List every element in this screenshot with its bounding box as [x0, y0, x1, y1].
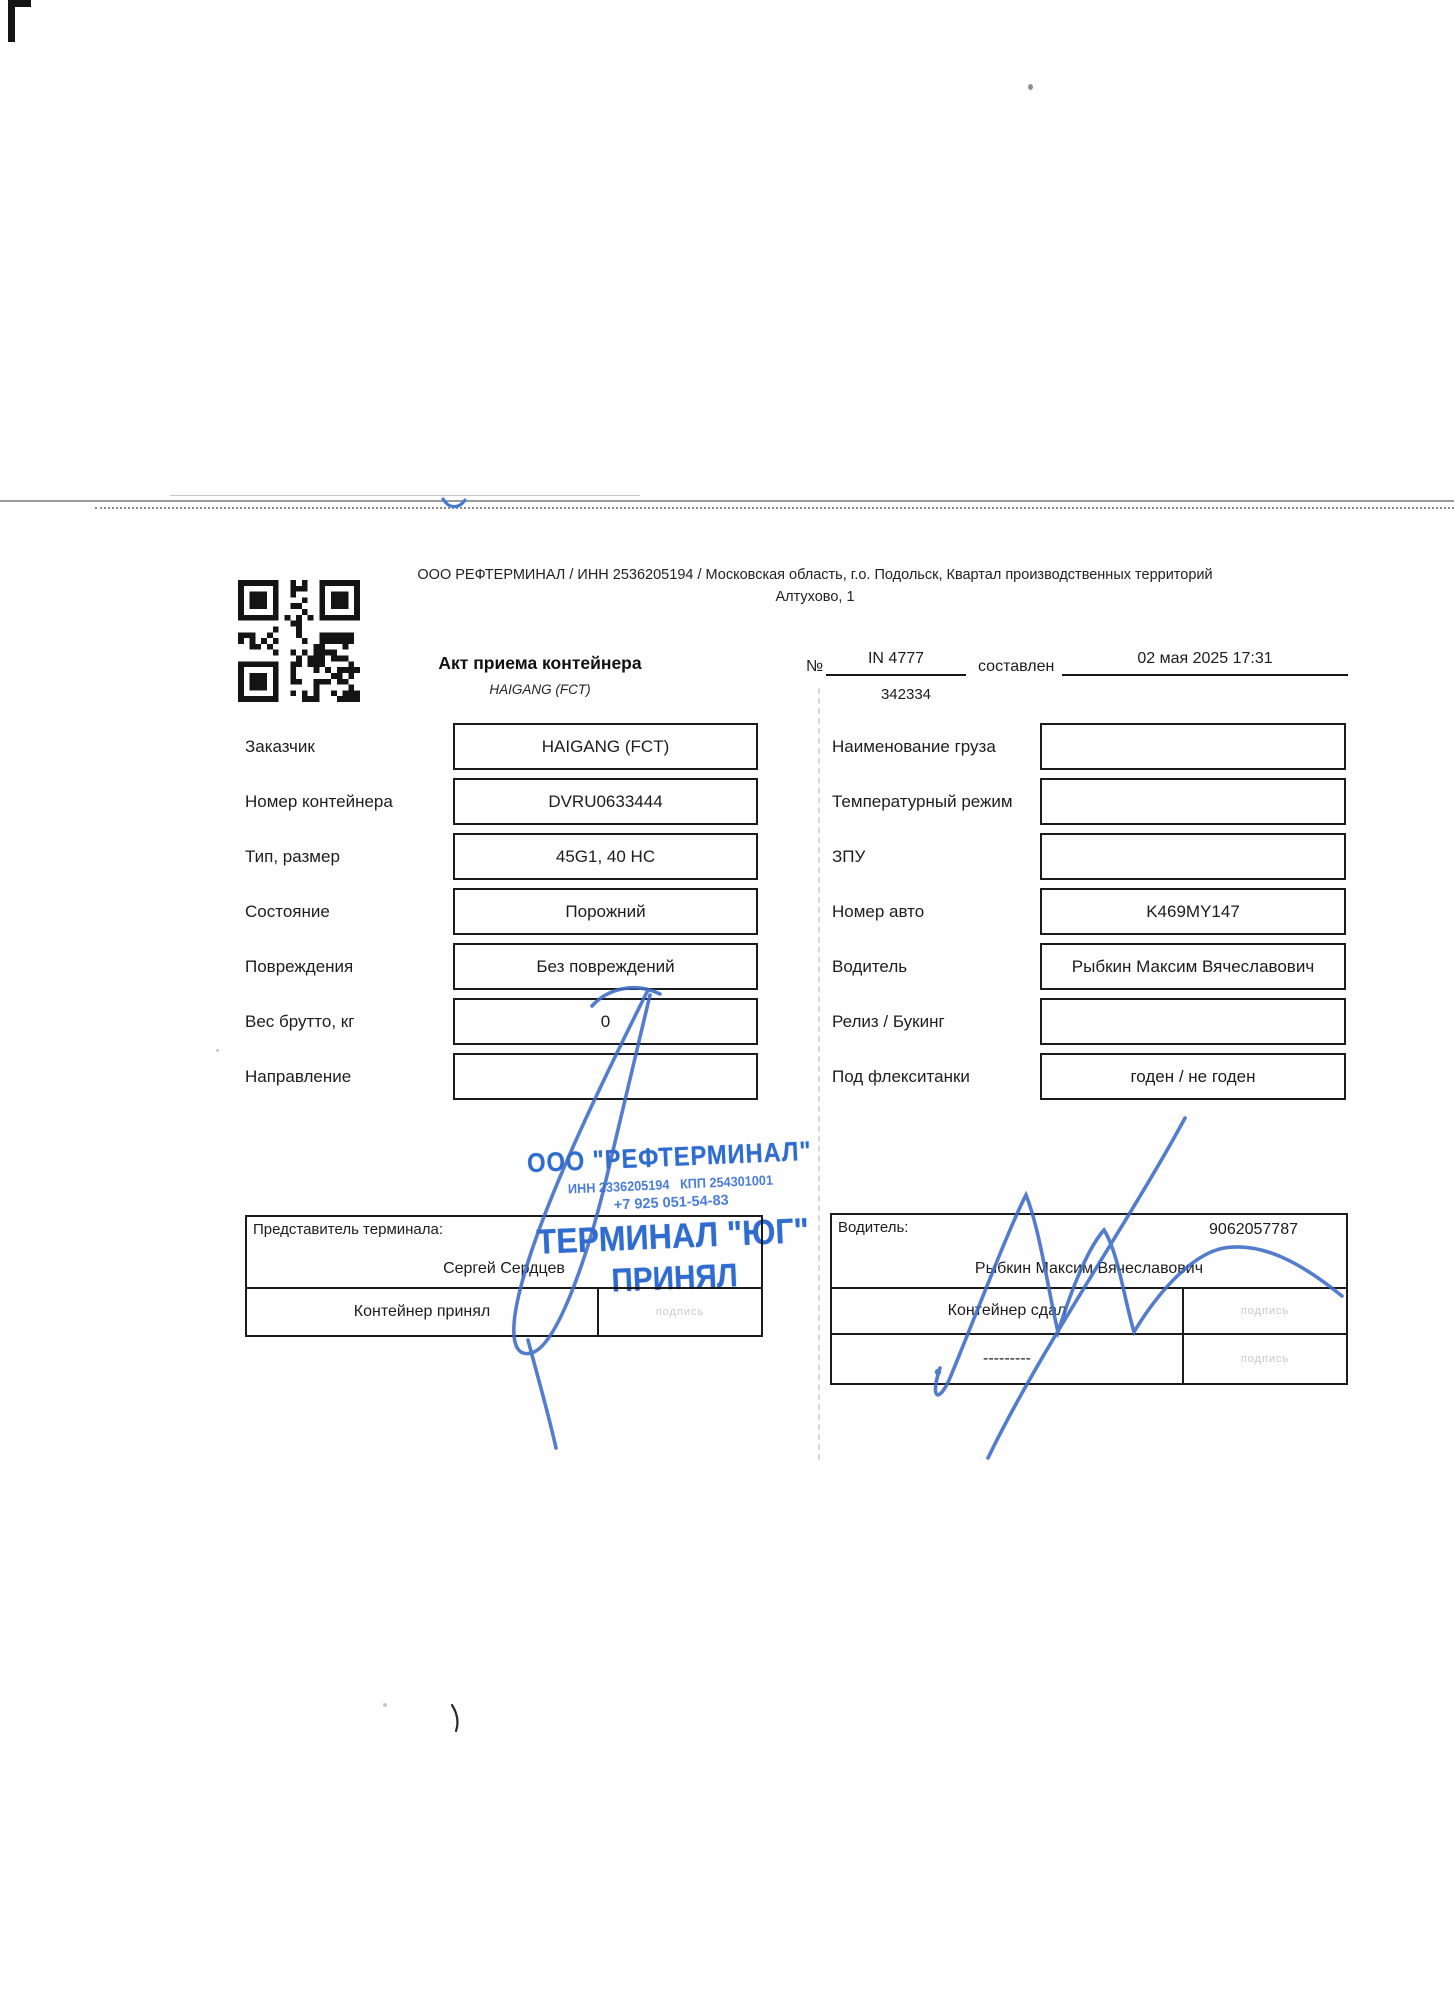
field-direction: Направление — [245, 1053, 758, 1100]
field-label: Температурный режим — [832, 792, 1040, 812]
field-value: Порожний — [565, 902, 645, 922]
scan-edge-line — [0, 500, 1454, 502]
scan-edge-dotted-line — [95, 507, 1454, 509]
field-value: Без повреждений — [536, 957, 674, 977]
terminal-signature-stroke — [528, 1340, 556, 1448]
driver-label: Водитель: — [838, 1219, 908, 1236]
container-handed-label: Контейнер сдал — [832, 1289, 1184, 1333]
field-value-box: Без повреждений — [453, 943, 758, 990]
signature-watermark: подпись — [1241, 1353, 1290, 1365]
driver-table-action-row: Контейнер сдал подпись — [832, 1287, 1346, 1333]
field-value-box — [1040, 833, 1346, 880]
signature-watermark: подпись — [1241, 1305, 1290, 1317]
stamp-phone: +7 925 051-54-83 — [497, 1187, 845, 1218]
field-label: Тип, размер — [245, 847, 453, 867]
organization-header-line2: Алтухово, 1 — [315, 586, 1315, 608]
stamp-org-name: ООО "РЕФТЕРМИНАЛ" — [516, 1135, 823, 1179]
placeholder-dashes: --------- — [832, 1335, 1184, 1383]
scan-speck — [383, 1703, 387, 1707]
field-label: Повреждения — [245, 957, 453, 977]
driver-signature-cell-2: подпись — [1184, 1335, 1346, 1383]
document-number-label: № — [806, 658, 823, 676]
driver-name: Рыбкин Максим Вячеславович — [832, 1260, 1346, 1278]
field-release-booking: Релиз / Букинг — [832, 998, 1346, 1045]
field-value: HAIGANG (FCT) — [542, 737, 670, 757]
field-flexitank: Под флекситанки годен / не годен — [832, 1053, 1346, 1100]
field-value-box: годен / не годен — [1040, 1053, 1346, 1100]
field-cargo-name: Наименование груза — [832, 723, 1346, 770]
pen-tick-mark — [452, 1705, 457, 1731]
field-value-box — [453, 1053, 758, 1100]
driver-phone: 9062057787 — [1209, 1221, 1298, 1239]
field-driver: Водитель Рыбкин Максим Вячеславович — [832, 943, 1346, 990]
driver-signature-table: Водитель: 9062057787 Рыбкин Максим Вячес… — [830, 1213, 1348, 1385]
scan-speck — [1028, 84, 1033, 90]
field-damages: Повреждения Без повреждений — [245, 943, 758, 990]
field-value-box — [1040, 723, 1346, 770]
scanned-document-page: ООО РЕФТЕРМИНАЛ / ИНН 2536205194 / Моско… — [0, 0, 1454, 2000]
scan-edge-line — [170, 495, 640, 496]
field-label: Заказчик — [245, 737, 453, 757]
terminal-representative-name: Сергей Сердцев — [247, 1260, 761, 1278]
field-value: 0 — [601, 1012, 610, 1032]
terminal-representative-label: Представитель терминала: — [253, 1221, 443, 1238]
field-label: Номер контейнера — [245, 792, 453, 812]
form-column-right: Наименование груза Температурный режим З… — [832, 723, 1346, 1108]
field-label: Вес брутто, кг — [245, 1012, 453, 1032]
field-label: Водитель — [832, 957, 1040, 977]
field-truck-number: Номер авто K469MY147 — [832, 888, 1346, 935]
driver-signature-cell: подпись — [1184, 1289, 1346, 1333]
field-value-box — [1040, 778, 1346, 825]
field-value-box: K469MY147 — [1040, 888, 1346, 935]
field-label: Направление — [245, 1067, 453, 1087]
field-seal: ЗПУ — [832, 833, 1346, 880]
field-value-box: 45G1, 40 HC — [453, 833, 758, 880]
field-value-box — [1040, 998, 1346, 1045]
field-value: 45G1, 40 HC — [556, 847, 655, 867]
composed-label: составлен — [978, 658, 1054, 676]
driver-table-header-row: Водитель: 9062057787 Рыбкин Максим Вячес… — [832, 1215, 1346, 1287]
driver-table-placeholder-row: --------- подпись — [832, 1333, 1346, 1383]
field-container-number: Номер контейнера DVRU0633444 — [245, 778, 758, 825]
field-label: Релиз / Букинг — [832, 1012, 1040, 1032]
field-label: ЗПУ — [832, 847, 1040, 867]
field-type-size: Тип, размер 45G1, 40 HC — [245, 833, 758, 880]
field-label: Номер авто — [832, 902, 1040, 922]
field-value-box: HAIGANG (FCT) — [453, 723, 758, 770]
field-value-box: Рыбкин Максим Вячеславович — [1040, 943, 1346, 990]
composed-date: 02 мая 2025 17:31 — [1062, 650, 1348, 676]
container-accepted-label: Контейнер принял — [247, 1289, 599, 1335]
field-value-box: DVRU0633444 — [453, 778, 758, 825]
field-condition: Состояние Порожний — [245, 888, 758, 935]
field-label: Под флекситанки — [832, 1067, 1040, 1087]
field-temperature-mode: Температурный режим — [832, 778, 1346, 825]
field-customer: Заказчик HAIGANG (FCT) — [245, 723, 758, 770]
field-label: Наименование груза — [832, 737, 1040, 757]
document-subtitle: HAIGANG (FCT) — [380, 682, 700, 697]
scan-speck — [216, 1049, 219, 1052]
qr-code — [238, 580, 360, 702]
terminal-signature-cell: подпись — [599, 1289, 761, 1335]
field-value-box: 0 — [453, 998, 758, 1045]
organization-header: ООО РЕФТЕРМИНАЛ / ИНН 2536205194 / Моско… — [315, 564, 1315, 608]
terminal-signature-table: Представитель терминала: Сергей Сердцев … — [245, 1215, 763, 1337]
document-number-suffix: 342334 — [836, 686, 976, 703]
field-value: Рыбкин Максим Вячеславович — [1072, 957, 1314, 977]
signature-watermark: подпись — [656, 1306, 705, 1318]
terminal-table-action-row: Контейнер принял подпись — [247, 1287, 761, 1335]
form-column-left: Заказчик HAIGANG (FCT) Номер контейнера … — [245, 723, 758, 1108]
document-title: Акт приема контейнера — [380, 653, 700, 674]
field-label: Состояние — [245, 902, 453, 922]
terminal-table-header-row: Представитель терминала: Сергей Сердцев — [247, 1217, 761, 1287]
document-number: IN 4777 — [826, 650, 966, 676]
field-gross-weight: Вес брутто, кг 0 — [245, 998, 758, 1045]
field-value: DVRU0633444 — [548, 792, 662, 812]
field-value: годен / не годен — [1130, 1067, 1255, 1087]
stamp-inn-kpp: ИНН 2336205194 КПП 254301001 — [507, 1170, 834, 1199]
paper-fold-crease — [818, 688, 820, 1460]
organization-header-line1: ООО РЕФТЕРМИНАЛ / ИНН 2536205194 / Моско… — [315, 564, 1315, 586]
field-value-box: Порожний — [453, 888, 758, 935]
field-value: K469MY147 — [1146, 902, 1240, 922]
scan-corner-mark — [8, 0, 31, 7]
